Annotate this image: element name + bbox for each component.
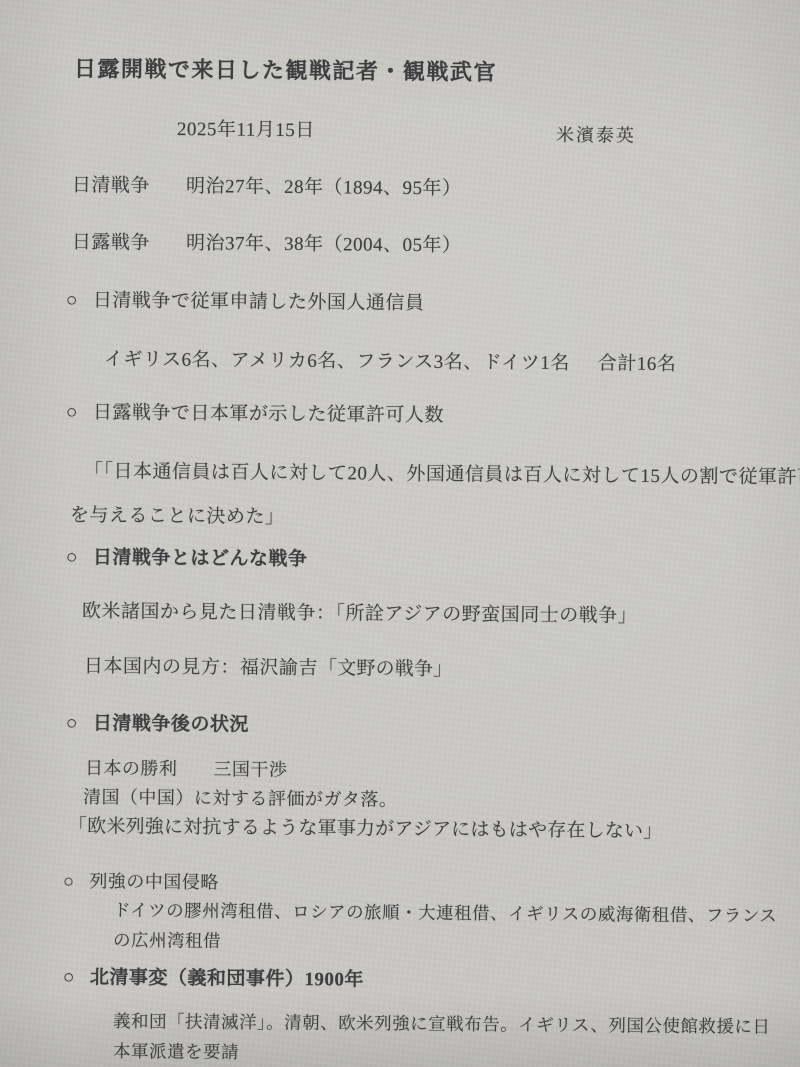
country-counts: イギリス6名、アメリカ6名、フランス3名、ドイツ1名: [104, 349, 570, 374]
section-heading-war-nature: ○日清戦争とはどんな戦争: [66, 542, 308, 571]
section-heading-invasion: ○列強の中国侵略: [63, 867, 219, 894]
china-evaluation: 清国（中国）に対する評価がガタ落。: [83, 783, 398, 812]
section-heading-text: 日清戦争で従軍申請した外国人通信員: [93, 290, 425, 314]
war-row-russo: 日露戦争明治37年、38年（2004、05年）: [72, 227, 462, 257]
circle-bullet-icon: ○: [63, 871, 75, 892]
invasion-line2: の広州湾租借: [113, 927, 221, 953]
circle-bullet-icon: ○: [66, 713, 78, 735]
section-heading-text: 日清戦争後の状況: [93, 713, 249, 735]
result-victory: 日本の勝利: [85, 758, 178, 779]
section-heading-text: 列強の中国侵略: [89, 871, 219, 892]
aftermath-results: 日本の勝利三国干渉: [85, 754, 288, 782]
boxer-line1: 義和団「扶清滅洋」。清朝、欧米列強に宣戦布告。イギリス、列国公使館救援に日: [113, 1008, 771, 1039]
section-heading-correspondents: ○日清戦争で従軍申請した外国人通信員: [66, 285, 425, 315]
page-title: 日露開戦で来日した観戦記者・観戦武官: [74, 52, 497, 87]
circle-bullet-icon: ○: [66, 402, 78, 424]
war-detail: 明治27年、28年（1894、95年）: [186, 176, 462, 199]
invasion-line1: ドイツの膠州湾租借、ロシアの旅順・大連租借、イギリスの威海衛租借、フランス: [113, 897, 777, 928]
correspondent-counts: イギリス6名、アメリカ6名、フランス3名、ドイツ1名合計16名: [104, 344, 677, 376]
domestic-view-quote: 「文野の戦争」: [318, 658, 453, 680]
author-name: 米濱泰英: [556, 121, 636, 148]
permit-quote-line1: 「「日本通信員は百人に対して20人、外国通信員は百人に対して15人の割で従軍許可: [84, 456, 800, 489]
war-label: 日清戦争: [72, 175, 150, 197]
domestic-view: 日本国内の見方：福沢諭吉「文野の戦争」: [84, 651, 453, 681]
section-heading-permits: ○日露戦争で日本軍が示した従軍許可人数: [66, 397, 444, 427]
circle-bullet-icon: ○: [63, 967, 75, 989]
section-heading-text: 日露戦争で日本軍が示した従軍許可人数: [93, 402, 444, 426]
circle-bullet-icon: ○: [66, 547, 78, 569]
result-intervention: 三国干渉: [213, 759, 287, 780]
war-label: 日露戦争: [72, 232, 150, 254]
war-row-sino: 日清戦争明治27年、28年（1894、95年）: [72, 170, 462, 200]
war-detail: 明治37年、38年（2004、05年）: [186, 233, 462, 256]
section-heading-aftermath: ○日清戦争後の状況: [66, 708, 249, 737]
section-heading-text: 北清事変（義和団事件）1900年: [90, 967, 364, 990]
western-view: 欧米諸国から見た日清戦争：「所詮アジアの野蛮国同士の戦争」: [82, 596, 637, 628]
document-photo: 日露開戦で来日した観戦記者・観戦武官 2025年11月15日 米濱泰英 日清戦争…: [0, 0, 800, 1067]
doc-date: 2025年11月15日: [177, 114, 315, 142]
section-heading-boxer: ○北清事変（義和団事件）1900年: [63, 962, 364, 992]
total-count: 合計16名: [598, 353, 677, 375]
permit-quote-line2: を与えることに決めた」: [70, 500, 285, 529]
section-heading-text: 日清戦争とはどんな戦争: [93, 547, 308, 570]
domestic-view-prefix: 日本国内の見方：福沢諭吉: [84, 656, 318, 679]
circle-bullet-icon: ○: [66, 290, 78, 312]
aftermath-quote: 「欧米列強に対抗するような軍事力がアジアにはもはや存在しない」: [68, 811, 663, 843]
boxer-line2: 本軍派遣を要請: [113, 1038, 239, 1064]
